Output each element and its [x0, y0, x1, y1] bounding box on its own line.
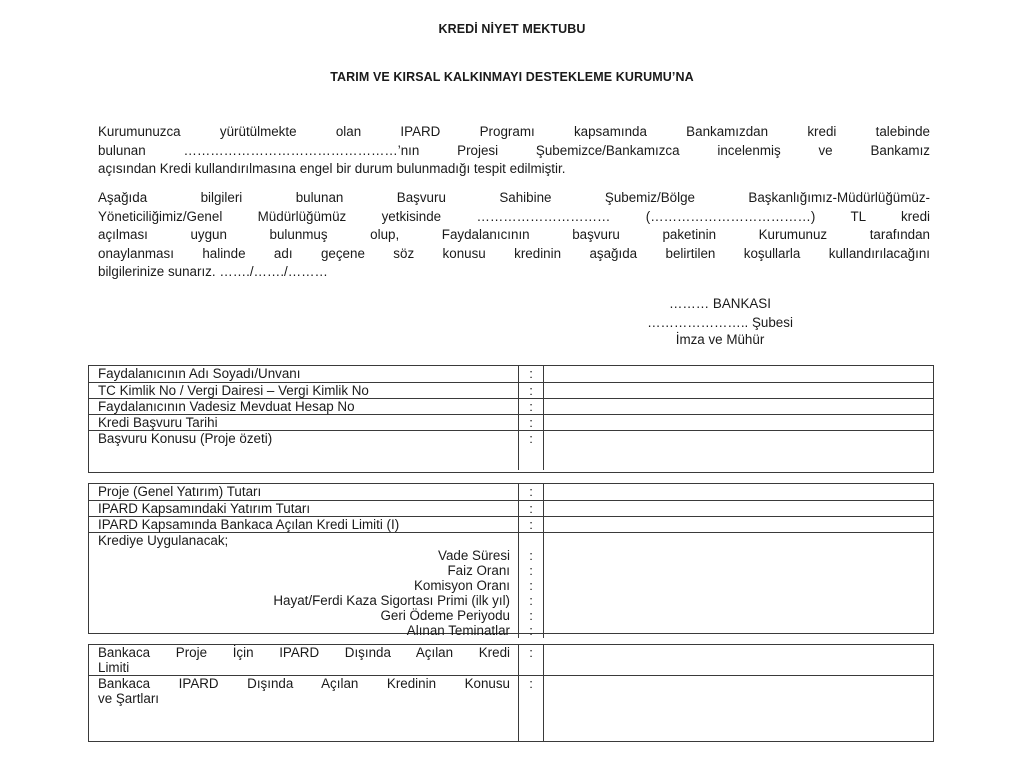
table-row: Faydalanıcının Vadesiz Mevduat Hesap No … — [89, 398, 933, 414]
list-item: Hayat/Ferdi Kaza Sigortası Primi (ilk yı… — [89, 593, 933, 608]
field-separator: : — [519, 608, 544, 623]
commission-rate-field[interactable] — [544, 578, 933, 593]
paragraph-line: bilgilerinize sunarız. ……./……./……… — [98, 263, 930, 282]
label-line: ve Şartları — [98, 691, 510, 706]
field-separator — [519, 533, 544, 548]
label-line: Bankaca IPARD Dışında Açılan Kredinin Ko… — [98, 676, 510, 691]
signature-bank-name: ……… BANKASI — [620, 294, 820, 313]
beneficiary-info-table: Faydalanıcının Adı Soyadı/Unvanı : TC Ki… — [88, 365, 934, 473]
non-ipard-credit-table: Bankaca Proje İçin IPARD Dışında Açılan … — [88, 644, 934, 742]
document-title: KREDİ NİYET MEKTUBU — [0, 22, 1024, 36]
field-label: Alınan Teminatlar — [89, 623, 519, 638]
collateral-field[interactable] — [544, 623, 933, 638]
label-line: Bankaca Proje İçin IPARD Dışında Açılan … — [98, 645, 510, 660]
field-label: Vade Süresi — [89, 548, 519, 563]
field-label: Başvuru Konusu (Proje özeti) — [89, 431, 519, 470]
paragraph-line: onaylanması halinde adı geçene söz konus… — [98, 245, 930, 264]
group-label: Krediye Uygulanacak; — [89, 533, 519, 548]
tax-id-field[interactable] — [544, 383, 933, 398]
ipard-credit-limit-field[interactable] — [544, 517, 933, 532]
non-ipard-limit-field[interactable] — [544, 645, 933, 675]
table-row: Başvuru Konusu (Proje özeti) : — [89, 430, 933, 470]
repayment-period-field[interactable] — [544, 608, 933, 623]
credit-details-table: Proje (Genel Yatırım) Tutarı : IPARD Kap… — [88, 483, 934, 634]
table-row: Proje (Genel Yatırım) Tutarı : — [89, 484, 933, 500]
field-label: Proje (Genel Yatırım) Tutarı — [89, 484, 519, 500]
paragraph-approval: Aşağıda bilgileri bulunan Başvuru Sahibi… — [98, 189, 930, 282]
field-label: Kredi Başvuru Tarihi — [89, 415, 519, 430]
field-label: Bankaca IPARD Dışında Açılan Kredinin Ko… — [89, 676, 519, 741]
field-label: Faiz Oranı — [89, 563, 519, 578]
ipard-investment-field[interactable] — [544, 501, 933, 516]
label-line: Limiti — [98, 660, 510, 675]
application-date-field[interactable] — [544, 415, 933, 430]
interest-rate-field[interactable] — [544, 563, 933, 578]
table-row: IPARD Kapsamında Bankaca Açılan Kredi Li… — [89, 516, 933, 532]
paragraph-line: bulunan …………………………………………’nın Projesi Şub… — [98, 142, 930, 161]
field-separator: : — [519, 383, 544, 398]
beneficiary-name-field[interactable] — [544, 366, 933, 382]
table-row: IPARD Kapsamındaki Yatırım Tutarı : — [89, 500, 933, 516]
list-item: Vade Süresi : — [89, 548, 933, 563]
recipient-heading: TARIM VE KIRSAL KALKINMAYI DESTEKLEME KU… — [0, 70, 1024, 84]
table-row: Bankaca Proje İçin IPARD Dışında Açılan … — [89, 645, 933, 675]
maturity-field[interactable] — [544, 548, 933, 563]
project-amount-field[interactable] — [544, 484, 933, 500]
insurance-premium-field[interactable] — [544, 593, 933, 608]
field-separator: : — [519, 366, 544, 382]
field-label: IPARD Kapsamındaki Yatırım Tutarı — [89, 501, 519, 516]
field-label: Faydalanıcının Adı Soyadı/Unvanı — [89, 366, 519, 382]
field-separator: : — [519, 399, 544, 414]
paragraph-line: açılması uygun bulunmuş olup, Faydalanıc… — [98, 226, 930, 245]
table-row: Kredi Başvuru Tarihi : — [89, 414, 933, 430]
field-separator: : — [519, 623, 544, 638]
field-separator: : — [519, 517, 544, 532]
paragraph-line: Yöneticiliğimiz/Genel Müdürlüğümüz yetki… — [98, 208, 930, 227]
field-separator: : — [519, 548, 544, 563]
table-row: Faydalanıcının Adı Soyadı/Unvanı : — [89, 366, 933, 382]
field-separator: : — [519, 578, 544, 593]
list-item: Komisyon Oranı : — [89, 578, 933, 593]
non-ipard-terms-field[interactable] — [544, 676, 933, 741]
paragraph-line: Kurumunuzca yürütülmekte olan IPARD Prog… — [98, 123, 930, 142]
field-separator: : — [519, 431, 544, 470]
field-separator: : — [519, 593, 544, 608]
table-row: TC Kimlik No / Vergi Dairesi – Vergi Kim… — [89, 382, 933, 398]
account-number-field[interactable] — [544, 399, 933, 414]
field-label: IPARD Kapsamında Bankaca Açılan Kredi Li… — [89, 517, 519, 532]
paragraph-intro: Kurumunuzca yürütülmekte olan IPARD Prog… — [98, 123, 930, 179]
field-separator: : — [519, 563, 544, 578]
field-separator: : — [519, 501, 544, 516]
credit-terms-group: Krediye Uygulanacak; Vade Süresi : Faiz … — [89, 532, 933, 636]
list-item: Alınan Teminatlar : — [89, 623, 933, 638]
table-row: Bankaca IPARD Dışında Açılan Kredinin Ko… — [89, 675, 933, 741]
field-label: Hayat/Ferdi Kaza Sigortası Primi (ilk yı… — [89, 593, 519, 608]
project-summary-field[interactable] — [544, 431, 933, 470]
list-item: Faiz Oranı : — [89, 563, 933, 578]
field-label: Geri Ödeme Periyodu — [89, 608, 519, 623]
signature-stamp-label: İmza ve Mühür — [620, 330, 820, 349]
field-label: Bankaca Proje İçin IPARD Dışında Açılan … — [89, 645, 519, 675]
field-label: Komisyon Oranı — [89, 578, 519, 593]
field-label: Faydalanıcının Vadesiz Mevduat Hesap No — [89, 399, 519, 414]
field-separator: : — [519, 484, 544, 500]
field-separator: : — [519, 645, 544, 675]
list-item: Geri Ödeme Periyodu : — [89, 608, 933, 623]
field-separator: : — [519, 415, 544, 430]
paragraph-line: Aşağıda bilgileri bulunan Başvuru Sahibi… — [98, 189, 930, 208]
field-separator: : — [519, 676, 544, 741]
paragraph-line: açısından Kredi kullandırılmasına engel … — [98, 160, 930, 179]
field-label: TC Kimlik No / Vergi Dairesi – Vergi Kim… — [89, 383, 519, 398]
